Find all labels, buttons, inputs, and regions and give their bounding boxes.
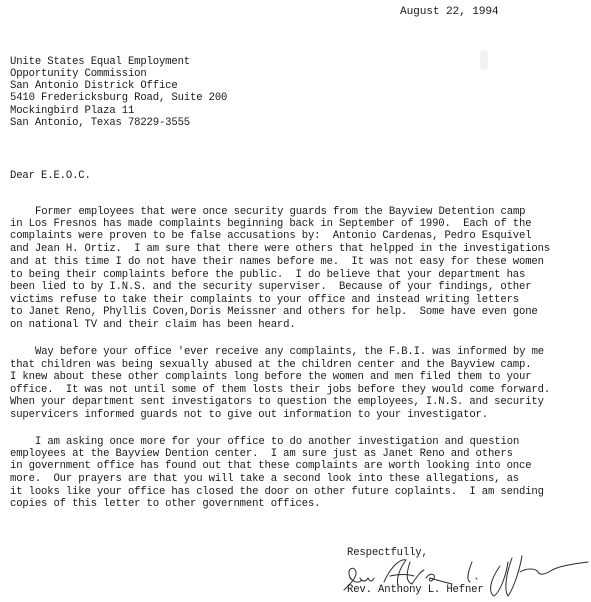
paragraph-line: it looks like your office has closed the… — [10, 486, 544, 498]
paragraph-line: Way before your office 'ever receive any… — [35, 346, 544, 358]
signer-name: Rev. Anthony L. Hefner — [347, 584, 484, 596]
paragraph-line: employees at the Bayview Dention center.… — [10, 448, 513, 460]
paragraph-line: that children was being sexually abused … — [10, 359, 531, 371]
paragraph-line: Former employees that were once security… — [35, 206, 525, 218]
paragraph-line: complaints were proven to be false accus… — [10, 230, 531, 242]
letter-date: August 22, 1994 — [400, 6, 498, 18]
paragraph-line: victims refuse to take their complaints … — [10, 294, 519, 306]
paragraph-line: and at this time I do not have their nam… — [10, 256, 544, 268]
paragraph-line: to being their complaints before the pub… — [10, 269, 525, 281]
paragraph-line: office. It was not until some of them lo… — [10, 384, 550, 396]
paragraph-line: to Janet Reno, Phyllis Coven,Doris Meiss… — [10, 306, 538, 318]
paragraph-line: on national TV and their claim has been … — [10, 319, 296, 331]
paragraph-line: copies of this letter to other governmen… — [10, 498, 320, 510]
paragraph-line: supervicers informed guards not to give … — [10, 409, 488, 421]
scan-smudge — [480, 50, 488, 70]
paragraph-line: and Jean H. Ortiz. I am sure that there … — [10, 243, 550, 255]
address-line: Opportunity Commission — [10, 68, 147, 80]
paragraph-line: more. Our prayers are that you will take… — [10, 473, 519, 485]
paragraph-line: When your department sent investigators … — [10, 396, 544, 408]
paragraph-line: in government office has found out that … — [10, 460, 531, 472]
paragraph-line: in Los Fresnos has made complaints begin… — [10, 218, 531, 230]
address-line: Unite States Equal Employment — [10, 56, 190, 68]
paragraph-line: I knew about these other complaints long… — [10, 371, 531, 383]
address-line: San Antonio Districk Office — [10, 80, 178, 92]
address-line: San Antonio, Texas 78229-3555 — [10, 117, 190, 129]
address-line: 5410 Fredericksburg Road, Suite 200 — [10, 92, 227, 104]
address-line: Mockingbird Plaza 11 — [10, 105, 134, 117]
paragraph-line: I am asking once more for your office to… — [35, 436, 519, 448]
paragraph-line: been lied to by I.N.S. and the security … — [10, 281, 531, 293]
salutation: Dear E.E.O.C. — [10, 170, 91, 182]
